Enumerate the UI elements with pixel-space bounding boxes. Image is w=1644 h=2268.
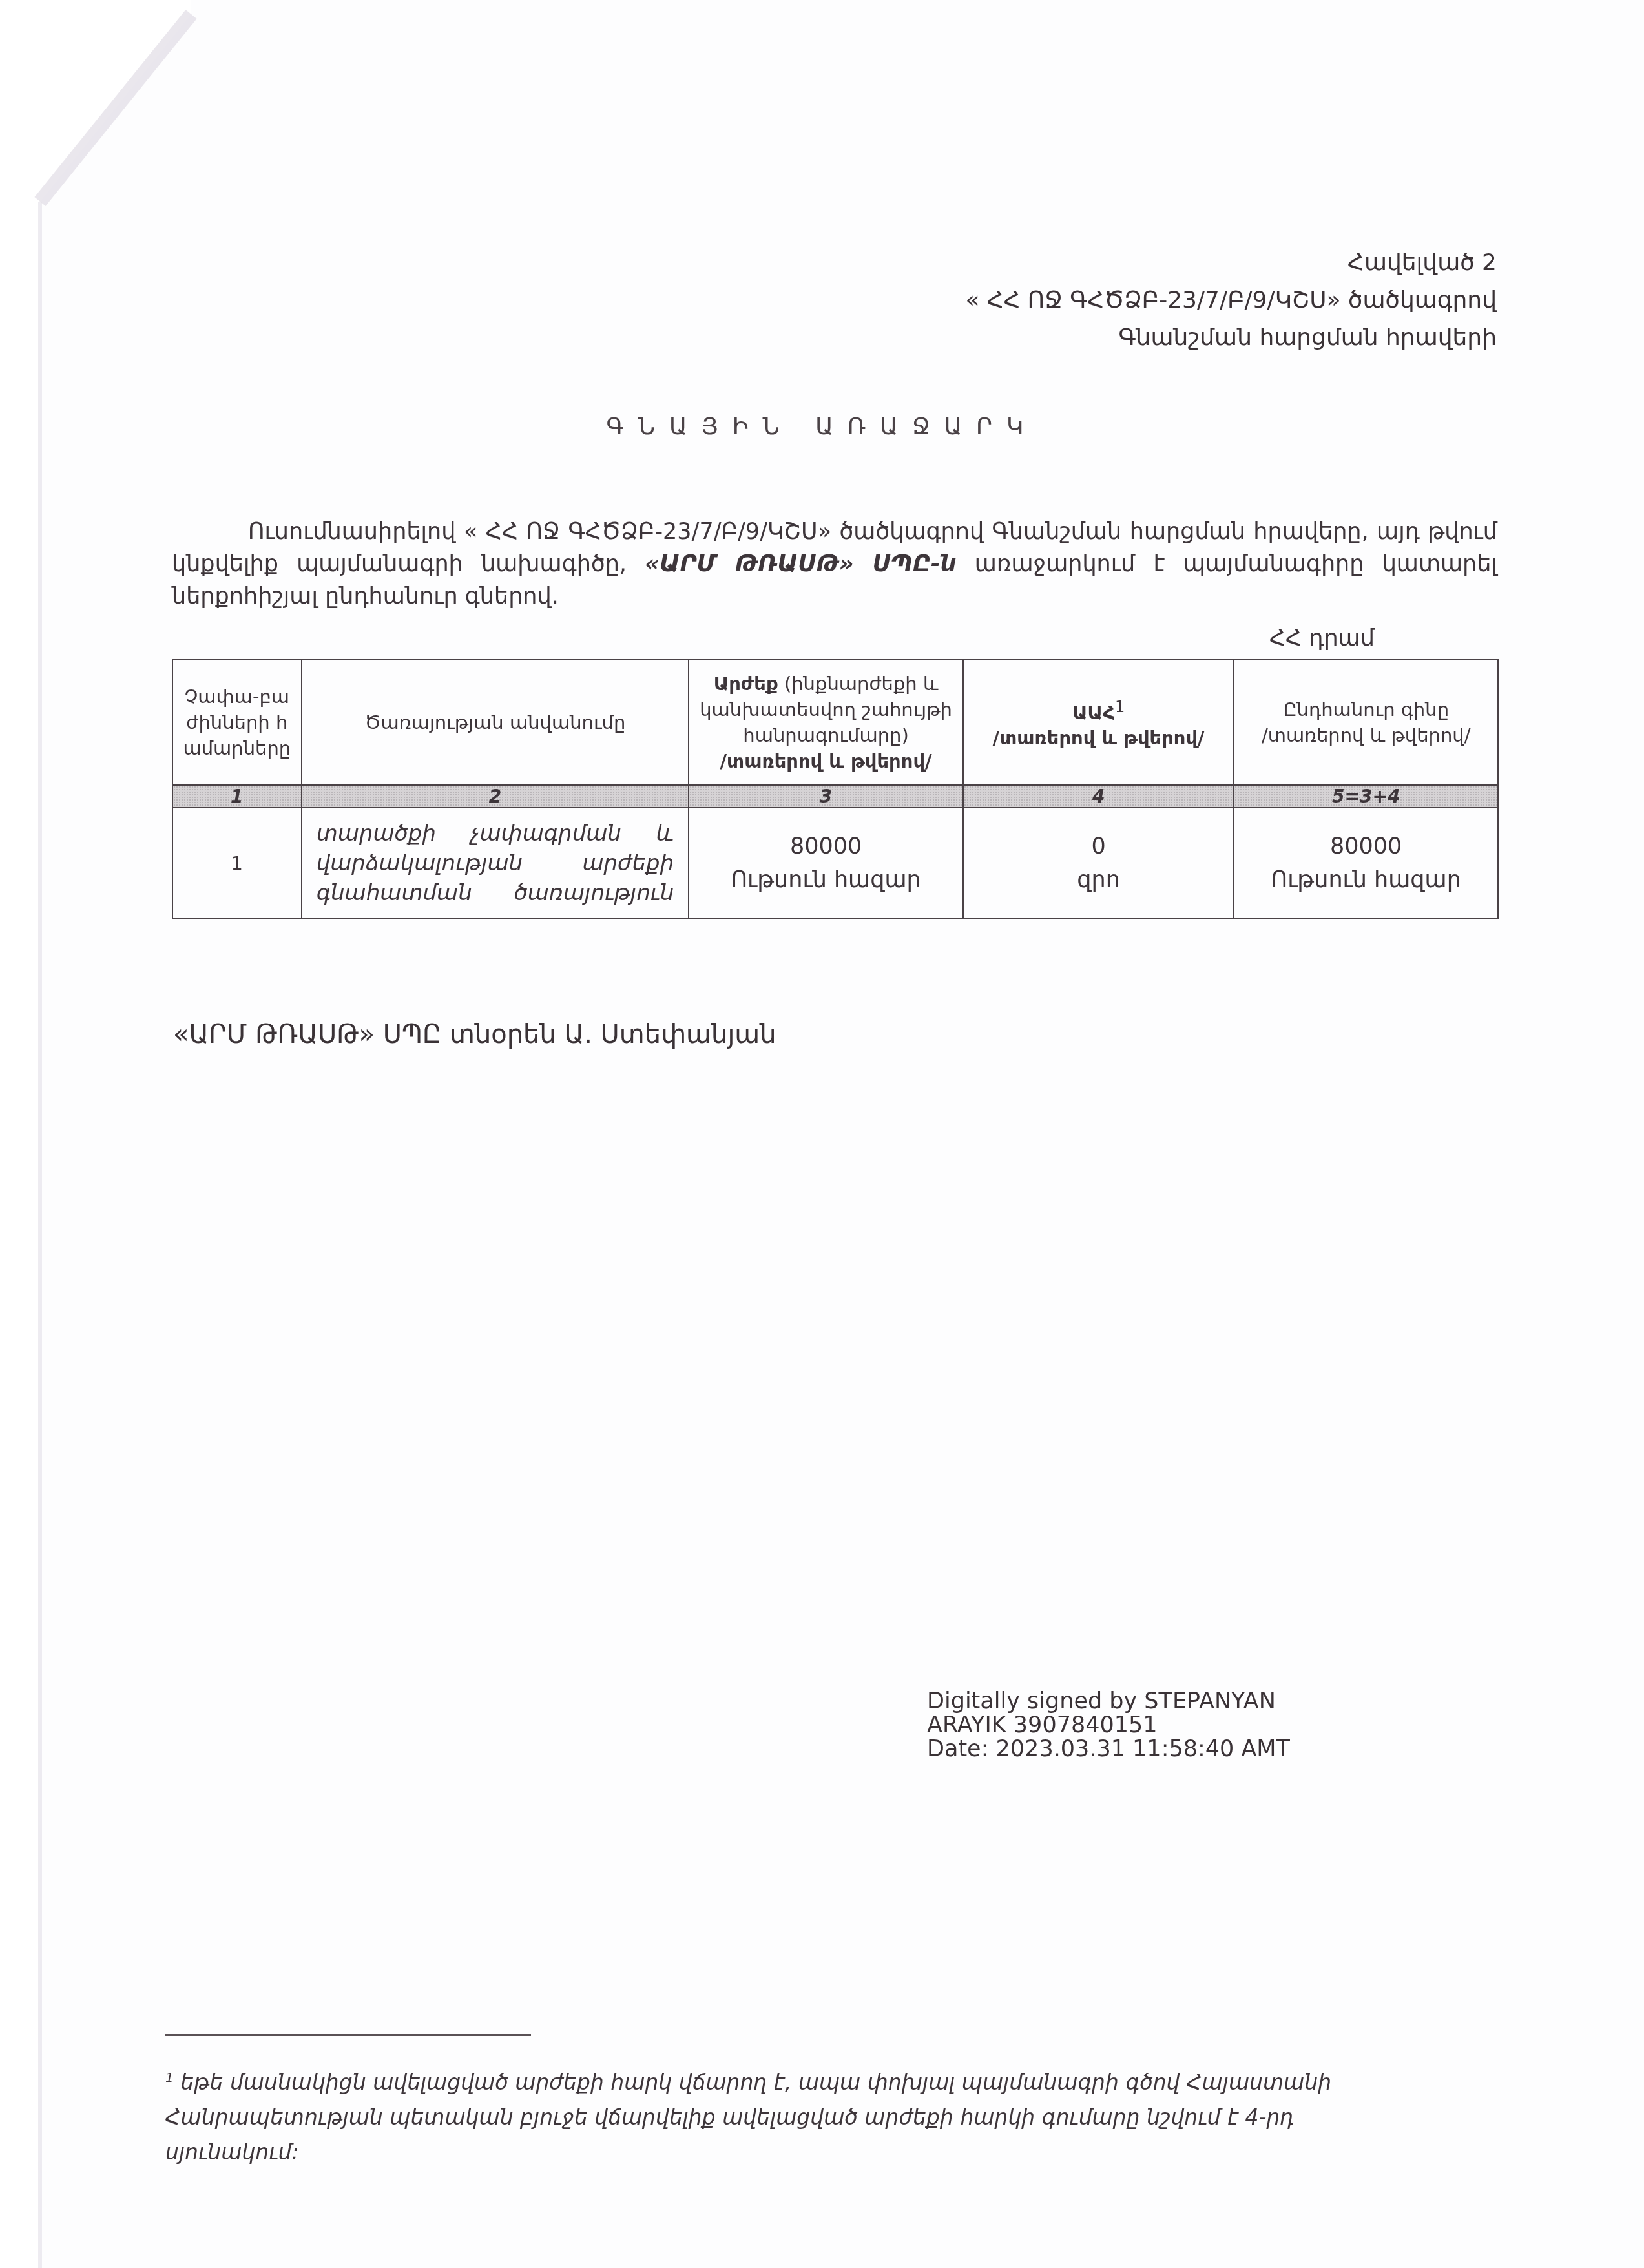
digital-signature: Digitally signed by STEPANYAN ARAYIK 390… — [927, 1690, 1290, 1761]
header-total: Ընդհանուր գինը /տառերով և թվերով/ — [1234, 660, 1498, 785]
service-name: տարածքի չափագրման և վարձակալության արժեք… — [302, 808, 689, 919]
vat-words: զրո — [970, 863, 1227, 897]
col-num-3: 3 — [689, 785, 963, 808]
price-offer-table: Չափա-բաժինների համարները Ծառայության անվ… — [172, 659, 1499, 919]
header-vat-label: ԱԱՀ — [1072, 701, 1115, 723]
header-value: Արժեք (ինքնարժեքի և կանխատեսվող շահույթի… — [689, 660, 963, 785]
footnote-marker: 1 — [165, 2070, 174, 2085]
footnote-text: եթե մասնակիցն ավելացված արժեքի հարկ վճար… — [165, 2070, 1331, 2165]
value-words: Ութսուն հազար — [696, 863, 956, 897]
header-vat: ԱԱՀ1 /տառերով և թվերով/ — [963, 660, 1234, 785]
digital-signature-line2: ARAYIK 3907840151 — [927, 1714, 1290, 1738]
total-words: Ութսուն հազար — [1241, 863, 1491, 897]
value-cell: 80000 Ութսուն հազար — [689, 808, 963, 919]
header-service-label: Ծառայության անվանումը — [365, 711, 626, 733]
header-value-bold: Արժեք — [714, 673, 778, 695]
header-vat-sub: /տառերով և թվերով/ — [993, 727, 1205, 749]
annex-header: Հավելված 2 « ՀՀ ՈՋ ԳՀԾՁԲ-23/7/Բ/9/ԿՇՍ» ծ… — [965, 244, 1497, 357]
annex-code: « ՀՀ ՈՋ ԳՀԾՁԲ-23/7/Բ/9/ԿՇՍ» ծածկագրով — [965, 282, 1497, 319]
table-row: 1 տարածքի չափագրման և վարձակալության արժ… — [172, 808, 1498, 919]
table-header-row: Չափա-բաժինների համարները Ծառայության անվ… — [172, 660, 1498, 785]
company-name: «ԱՐՄ ԹՌԱՍԹ» ՍՊԸ-ն — [645, 551, 956, 577]
footnote: 1 եթե մասնակիցն ավելացված արժեքի հարկ վճ… — [165, 2060, 1425, 2170]
digital-signature-date: Date: 2023.03.31 11:58:40 AMT — [927, 1738, 1290, 1761]
page-title: ԳՆԱՅԻՆ ԱՌԱՋԱՐԿ — [0, 414, 1644, 440]
currency-note: ՀՀ դրամ — [1269, 625, 1375, 651]
total-cell: 80000 Ութսուն հազար — [1234, 808, 1498, 919]
vat-cell: 0 զրո — [963, 808, 1234, 919]
header-total-label: Ընդհանուր գինը — [1283, 698, 1449, 720]
annex-number: Հավելված 2 — [965, 244, 1497, 282]
col-num-1: 1 — [172, 785, 302, 808]
header-lot-numbers: Չափա-բաժինների համարները — [172, 660, 302, 785]
footnote-ref: 1 — [1115, 698, 1125, 716]
col-num-2: 2 — [302, 785, 689, 808]
col-num-5: 5=3+4 — [1234, 785, 1498, 808]
header-total-sub: /տառերով և թվերով/ — [1262, 724, 1471, 746]
col-num-4: 4 — [963, 785, 1234, 808]
signer-line: «ԱՐՄ ԹՌԱՍԹ» ՍՊԸ տնօրեն Ա. Ստեփանյան — [173, 1020, 776, 1049]
column-numbering-row: 1 2 3 4 5=3+4 — [172, 785, 1498, 808]
value-number: 80000 — [696, 830, 956, 863]
vat-number: 0 — [970, 830, 1227, 863]
footnote-divider — [165, 2034, 531, 2036]
intro-paragraph: Ուսումնասիրելով « ՀՀ ՈՋ ԳՀԾՁԲ-23/7/Բ/9/Կ… — [172, 516, 1497, 613]
header-service-name: Ծառայության անվանումը — [302, 660, 689, 785]
header-lot-label: Չափա-բաժինների համարները — [180, 684, 295, 761]
lot-number: 1 — [172, 808, 302, 919]
header-value-sub: /տառերով և թվերով/ — [720, 750, 932, 772]
digital-signature-line1: Digitally signed by STEPANYAN — [927, 1690, 1290, 1714]
annex-invitation: Գնանշման հարցման հրավերի — [965, 319, 1497, 357]
total-number: 80000 — [1241, 830, 1491, 863]
